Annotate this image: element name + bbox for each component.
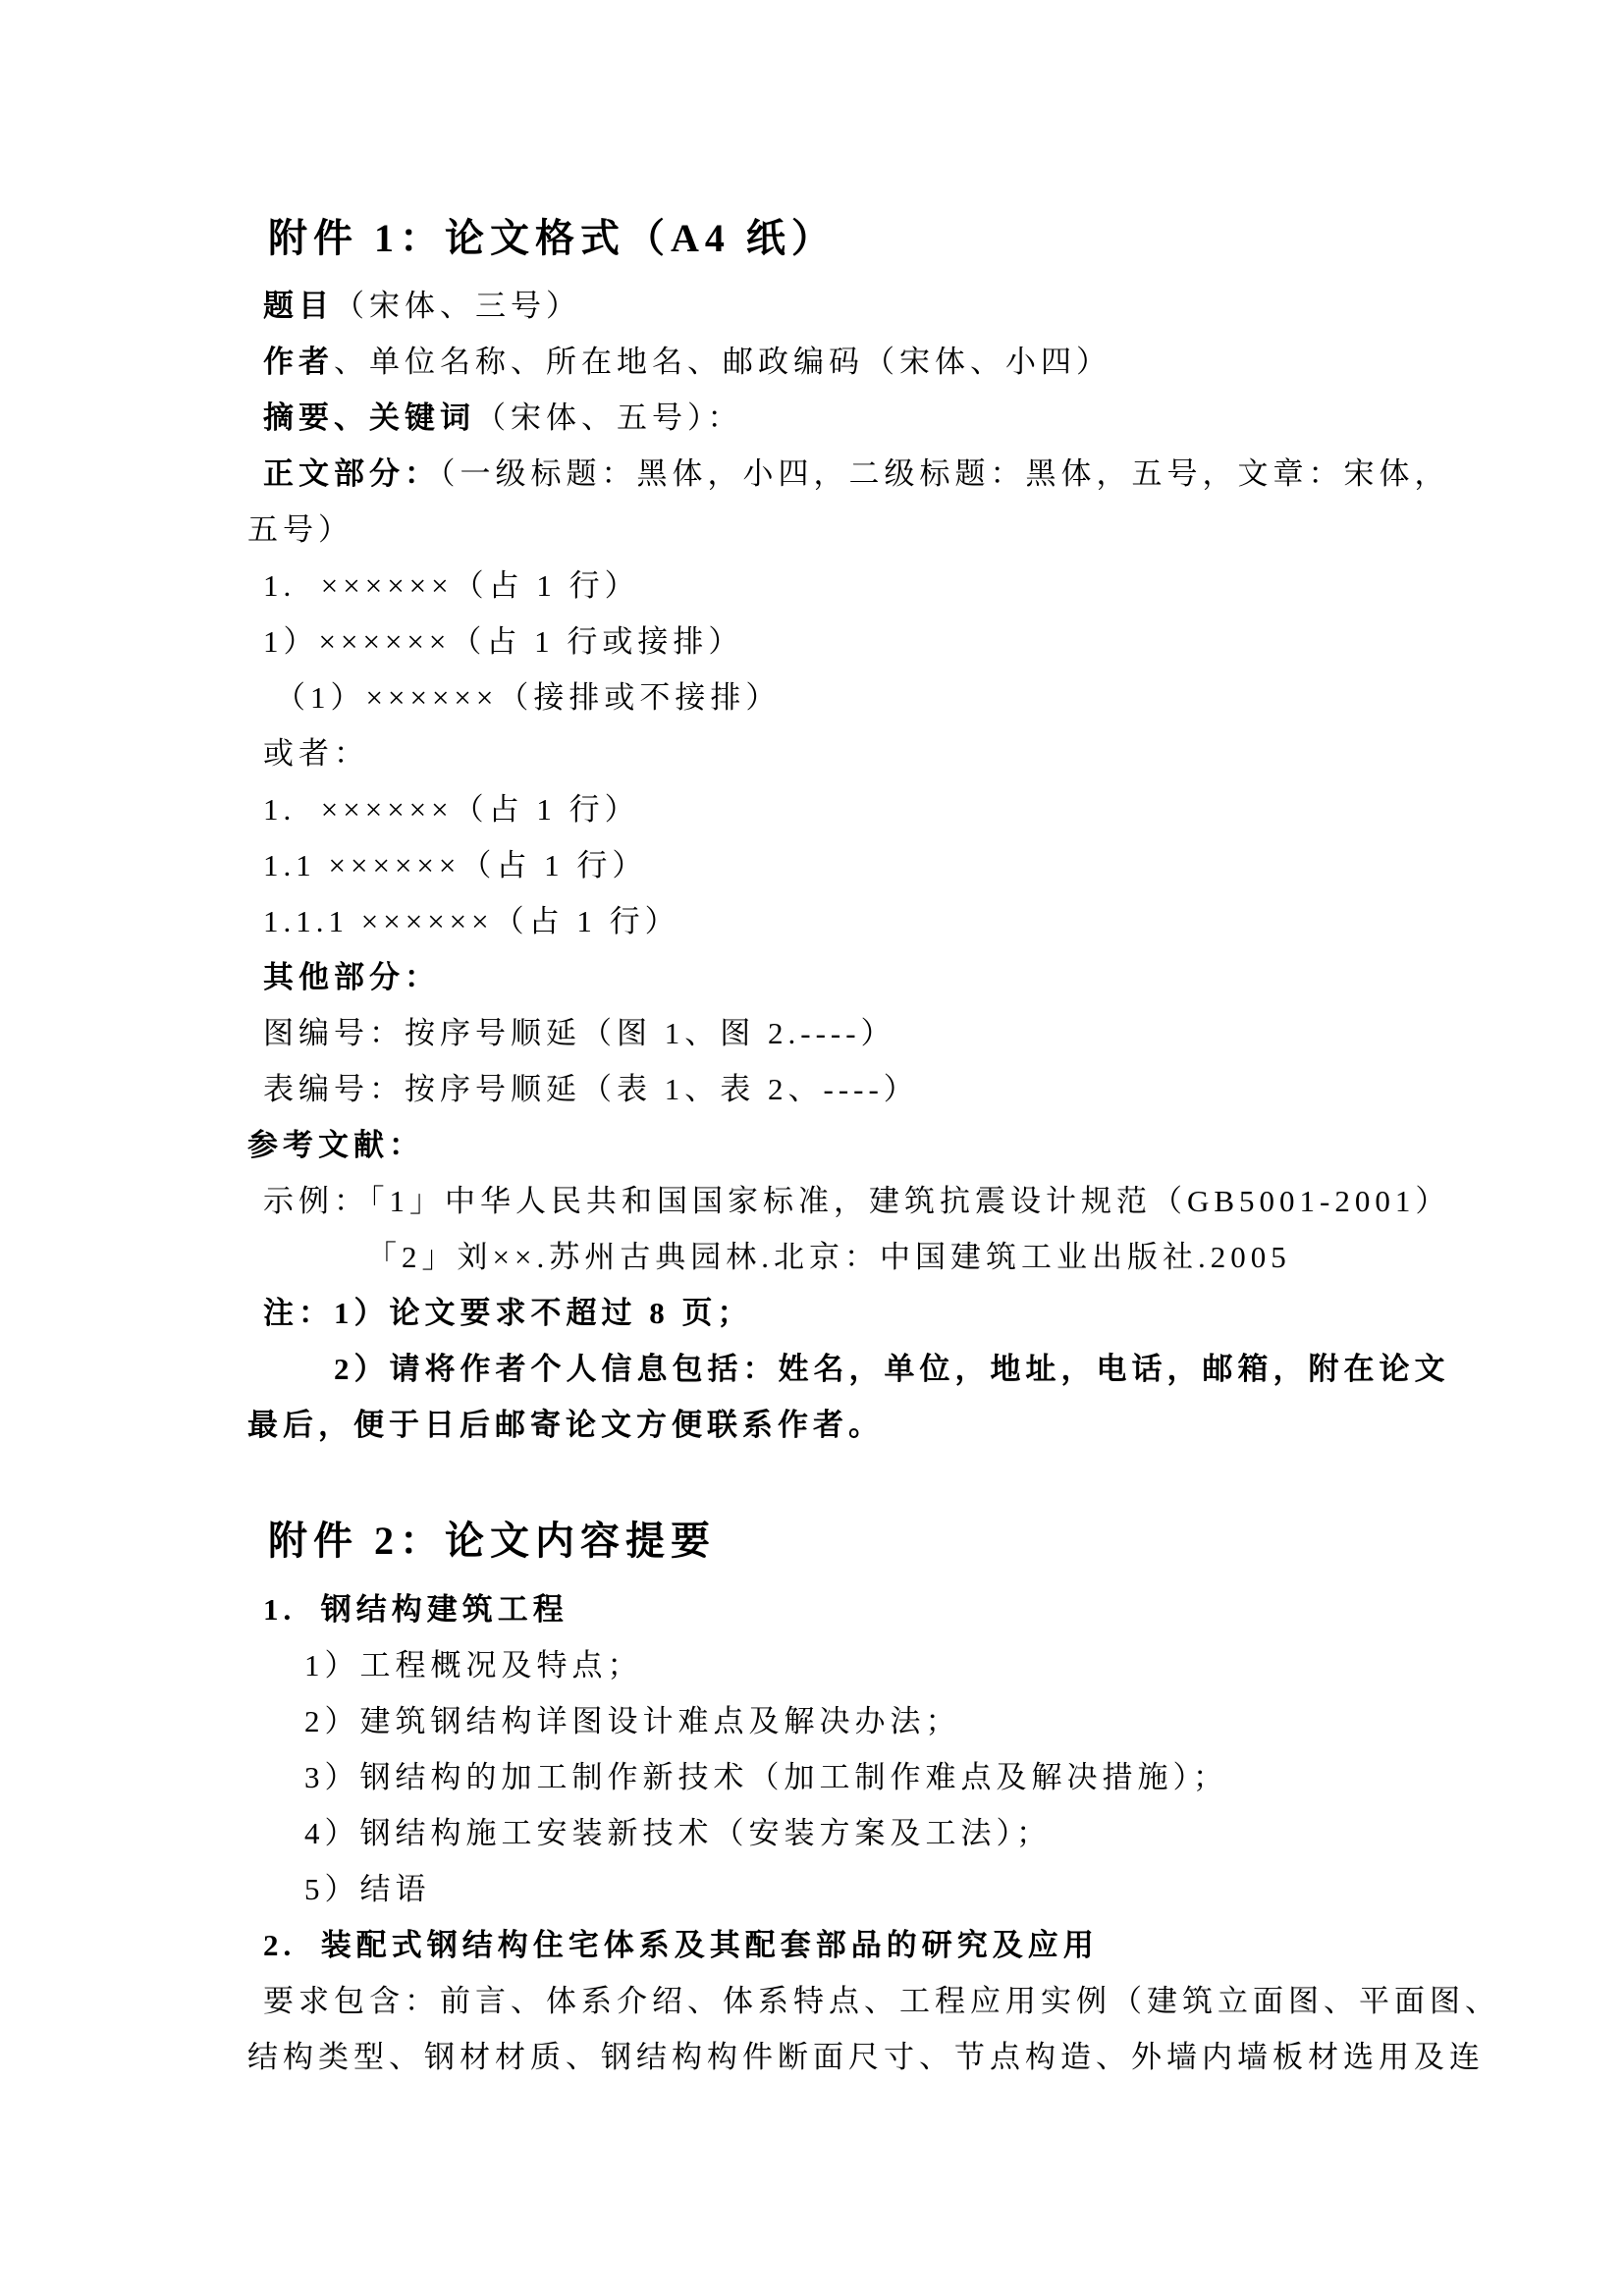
line-topic-1-item-1: 1）工程概况及特点； <box>245 1637 1545 1693</box>
line-alt-example-1-text: 1. ××××××（占 1 行） <box>263 792 640 827</box>
document-content: 附件 1：论文格式（A4 纸） 题目（宋体、三号） 作者、单位名称、所在地名、邮… <box>245 0 1545 2085</box>
line-references-heading: 参考文献： <box>245 1117 1545 1173</box>
line-other-parts-bold: 其他部分： <box>263 960 440 994</box>
line-num-example-1: 1. ××××××（占 1 行） <box>245 558 1545 614</box>
line-topic-1-item-3: 3）钢结构的加工制作新技术（加工制作难点及解决措施）； <box>245 1749 1545 1805</box>
line-topic-2-desc-cont-text: 结构类型、钢材材质、钢结构构件断面尺寸、节点构造、外墙内墙板材选用及连 <box>247 2040 1485 2074</box>
line-alt-example-3-text: 1.1.1 ××××××（占 1 行） <box>263 904 680 938</box>
line-table-numbering: 表编号：按序号顺延（表 1、表 2、----） <box>245 1061 1545 1117</box>
line-alt-example-3: 1.1.1 ××××××（占 1 行） <box>245 893 1545 949</box>
line-topic-2-desc-text: 要求包含：前言、体系介绍、体系特点、工程应用实例（建筑立面图、平面图、 <box>263 1984 1500 2018</box>
line-topic-2-heading-bold: 2. 装配式钢结构住宅体系及其配套部品的研究及应用 <box>263 1928 1099 1962</box>
attachment2-body: 1. 钢结构建筑工程 1）工程概况及特点； 2）建筑钢结构详图设计难点及解决办法… <box>245 1581 1545 2085</box>
line-or-text: 或者： <box>263 736 369 771</box>
line-abstract-keywords-bold: 摘要、关键词 <box>263 400 475 435</box>
line-topic-1-item-4-text: 4）钢结构施工安装新技术（安装方案及工法）； <box>304 1816 1052 1850</box>
line-body-spec-cont-text: 五号） <box>247 512 353 547</box>
line-abstract-keywords: 摘要、关键词（宋体、五号）： <box>245 390 1545 446</box>
line-body-spec-cont: 五号） <box>245 502 1545 558</box>
line-topic-1-item-5: 5）结语 <box>245 1861 1545 1917</box>
line-note-1: 注：1）论文要求不超过 8 页； <box>245 1285 1545 1341</box>
line-note-2-bold: 2）请将作者个人信息包括：姓名，单位，地址，电话，邮箱，附在论文 <box>334 1352 1450 1386</box>
line-title-field-bold: 题目 <box>263 289 334 323</box>
line-body-spec: 正文部分：（一级标题：黑体，小四，二级标题：黑体，五号，文章：宋体， <box>245 446 1545 502</box>
line-num-example-3-text: （1）××××××（接排或不接排） <box>275 680 781 715</box>
line-author-field-rest: 、单位名称、所在地名、邮政编码（宋体、小四） <box>334 345 1111 379</box>
line-topic-1-item-1-text: 1）工程概况及特点； <box>304 1648 643 1682</box>
attachment2-title: 附件 2：论文内容提要 <box>245 1512 1545 1571</box>
line-note-2-cont: 最后，便于日后邮寄论文方便联系作者。 <box>245 1397 1545 1453</box>
line-reference-example-1: 示例：「1」中华人民共和国国家标准，建筑抗震设计规范（GB5001-2001） <box>245 1173 1545 1229</box>
line-author-field-bold: 作者 <box>263 345 334 379</box>
attachment1-body: 题目（宋体、三号） 作者、单位名称、所在地名、邮政编码（宋体、小四） 摘要、关键… <box>245 278 1545 1453</box>
line-alt-example-1: 1. ××××××（占 1 行） <box>245 781 1545 837</box>
line-topic-1-item-5-text: 5）结语 <box>304 1872 431 1906</box>
line-topic-2-desc: 要求包含：前言、体系介绍、体系特点、工程应用实例（建筑立面图、平面图、 <box>245 1973 1545 2029</box>
line-note-2-cont-bold: 最后，便于日后邮寄论文方便联系作者。 <box>247 1408 884 1442</box>
line-num-example-1-text: 1. ××××××（占 1 行） <box>263 568 640 603</box>
line-body-spec-rest: （一级标题：黑体，小四，二级标题：黑体，五号，文章：宋体， <box>440 456 1450 491</box>
line-abstract-keywords-rest: （宋体、五号）： <box>475 400 743 435</box>
line-figure-numbering: 图编号：按序号顺延（图 1、图 2.----） <box>245 1005 1545 1061</box>
line-topic-1-item-3-text: 3）钢结构的加工制作新技术（加工制作难点及解决措施）； <box>304 1760 1228 1794</box>
line-alt-example-2: 1.1 ××××××（占 1 行） <box>245 837 1545 893</box>
line-num-example-2-text: 1）××××××（占 1 行或接排） <box>263 624 743 659</box>
line-reference-example-2-text: 「2」刘××.苏州古典园林.北京：中国建筑工业出版社.2005 <box>366 1240 1291 1274</box>
line-note-2: 2）请将作者个人信息包括：姓名，单位，地址，电话，邮箱，附在论文 <box>245 1341 1545 1397</box>
line-or: 或者： <box>245 725 1545 781</box>
line-num-example-3: （1）××××××（接排或不接排） <box>245 669 1545 725</box>
line-topic-1-item-2-text: 2）建筑钢结构详图设计难点及解决办法； <box>304 1704 961 1738</box>
line-title-field-rest: （宋体、三号） <box>334 289 581 323</box>
document-page: 附件 1：论文格式（A4 纸） 题目（宋体、三号） 作者、单位名称、所在地名、邮… <box>0 0 1624 2296</box>
line-table-numbering-text: 表编号：按序号顺延（表 1、表 2、----） <box>263 1072 919 1106</box>
line-author-field: 作者、单位名称、所在地名、邮政编码（宋体、小四） <box>245 334 1545 390</box>
attachment1-title: 附件 1：论文格式（A4 纸） <box>245 0 1545 268</box>
line-other-parts: 其他部分： <box>245 949 1545 1005</box>
line-reference-example-2: 「2」刘××.苏州古典园林.北京：中国建筑工业出版社.2005 <box>245 1229 1545 1285</box>
line-topic-1-heading: 1. 钢结构建筑工程 <box>245 1581 1545 1637</box>
line-topic-1-item-4: 4）钢结构施工安装新技术（安装方案及工法）； <box>245 1805 1545 1861</box>
line-topic-2-heading: 2. 装配式钢结构住宅体系及其配套部品的研究及应用 <box>245 1917 1545 1973</box>
line-topic-2-desc-cont: 结构类型、钢材材质、钢结构构件断面尺寸、节点构造、外墙内墙板材选用及连 <box>245 2029 1545 2085</box>
line-num-example-2: 1）××××××（占 1 行或接排） <box>245 614 1545 669</box>
line-topic-1-heading-bold: 1. 钢结构建筑工程 <box>263 1592 568 1627</box>
line-figure-numbering-text: 图编号：按序号顺延（图 1、图 2.----） <box>263 1016 896 1050</box>
line-topic-1-item-2: 2）建筑钢结构详图设计难点及解决办法； <box>245 1693 1545 1749</box>
line-body-spec-bold: 正文部分： <box>263 456 440 491</box>
line-title-field: 题目（宋体、三号） <box>245 278 1545 334</box>
line-reference-example-1-text: 示例：「1」中华人民共和国国家标准，建筑抗震设计规范（GB5001-2001） <box>263 1184 1450 1218</box>
line-note-1-bold: 注：1）论文要求不超过 8 页； <box>263 1296 753 1330</box>
line-references-heading-bold: 参考文献： <box>247 1128 424 1162</box>
line-alt-example-2-text: 1.1 ××××××（占 1 行） <box>263 848 647 882</box>
